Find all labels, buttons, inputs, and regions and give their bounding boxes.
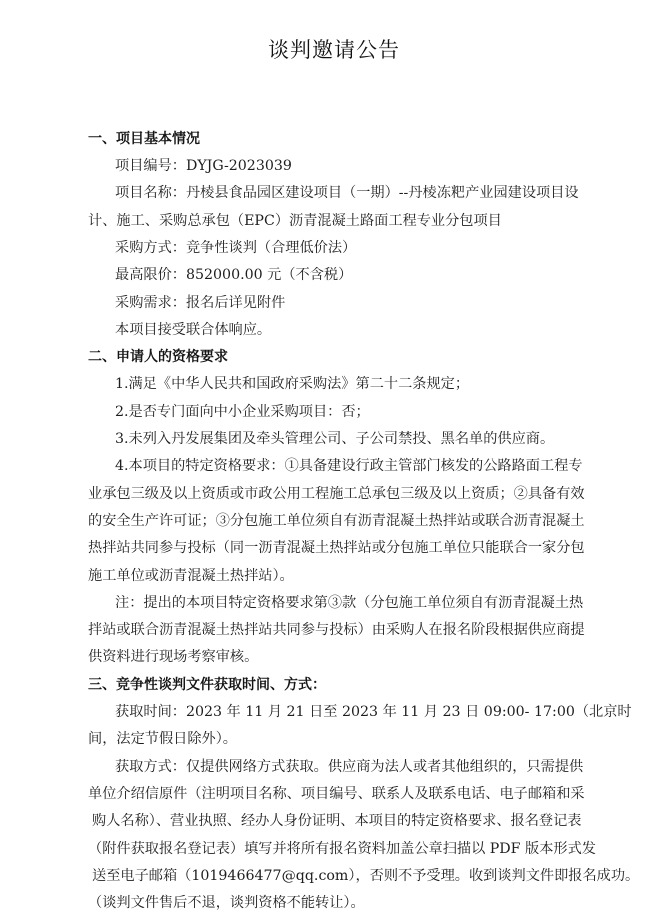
body-text-line: 计、施工、采购总承包（EPC）沥青混凝土路面工程专业分包项目 [88, 211, 502, 231]
body-text-line: 注：提出的本项目特定资格要求第③款（分包施工单位须自有沥青混凝土热 [115, 593, 583, 613]
body-text-line: 送至电子邮箱（1019466477@qq.com），否则不予受理。收到谈判文件即… [92, 866, 639, 886]
body-text-line: 供资料进行现场考察审核。 [88, 647, 258, 667]
body-text-line: 获取时间：2023 年 11 月 21 日至 2023 年 11 月 23 日 … [115, 702, 632, 722]
body-text-line: 2.是否专门面向中小企业采购项目：否； [115, 402, 370, 422]
body-text-line: （附件获取报名登记表）填写并将所有报名资料加盖公章扫描以 PDF 版本形式发 [88, 839, 596, 859]
body-text-line: （谈判文件售后不退，谈判资格不能转让）。 [88, 893, 365, 913]
body-text-line: 项目名称：丹棱县食品园区建设项目（一期）--丹棱冻粑产业园建设项目设 [115, 183, 579, 203]
body-text-line: 4.本项目的特定资格要求：①具备建设行政主管部门核发的公路路面工程专 [115, 456, 583, 476]
page-title: 谈判邀请公告 [0, 34, 668, 64]
document-page: 谈判邀请公告 一、项目基本情况项目编号：DYJG-2023039项目名称：丹棱县… [0, 0, 668, 915]
body-text-line: 采购需求：报名后详见附件 [115, 293, 285, 313]
body-text-line: 最高限价：852000.00 元（不含税） [115, 265, 352, 285]
body-text-line: 本项目接受联合体响应。 [115, 320, 271, 340]
body-text-line: 的安全生产许可证；③分包施工单位须自有沥青混凝土热拌站或联合沥青混凝土 [88, 511, 585, 531]
body-text-line: 1.满足《中华人民共和国政府采购法》第二十二条规定； [115, 374, 469, 394]
body-text-line: 施工单位或沥青混凝土热拌站）。 [88, 566, 294, 586]
body-text-line: 获取方式：仅提供网络方式获取。供应商为法人或者其他组织的，只需提供 [115, 757, 583, 777]
section-heading: 一、项目基本情况 [88, 129, 200, 149]
body-text-line: 项目编号：DYJG-2023039 [115, 156, 292, 176]
body-text-line: 采购方式：竞争性谈判（合理低价法） [115, 238, 356, 258]
body-text-line: 热拌站共同参与投标（同一沥青混凝土热拌站或分包施工单位只能联合一家分包 [88, 538, 585, 558]
section-heading: 二、申请人的资格要求 [88, 347, 228, 367]
body-text-line: 间，法定节假日除外）。 [88, 729, 237, 749]
body-text-line: 3.未列入丹发展集团及牵头管理公司、子公司禁投、黑名单的供应商。 [115, 429, 554, 449]
body-text-line: 购人名称）、营业执照、经办人身份证明、本项目的特定资格要求、报名登记表 [92, 811, 581, 831]
body-text-line: 单位介绍信原件（注明项目名称、项目编号、联系人及联系电话、电子邮箱和采 [88, 784, 585, 804]
section-heading: 三、竞争性谈判文件获取时间、方式： [88, 675, 326, 695]
body-text-line: 业承包三级及以上资质或市政公用工程施工总承包三级及以上资质；②具备有效 [88, 484, 585, 504]
body-text-line: 拌站或联合沥青混凝土热拌站共同参与投标）由采购人在报名阶段根据供应商提 [88, 620, 585, 640]
